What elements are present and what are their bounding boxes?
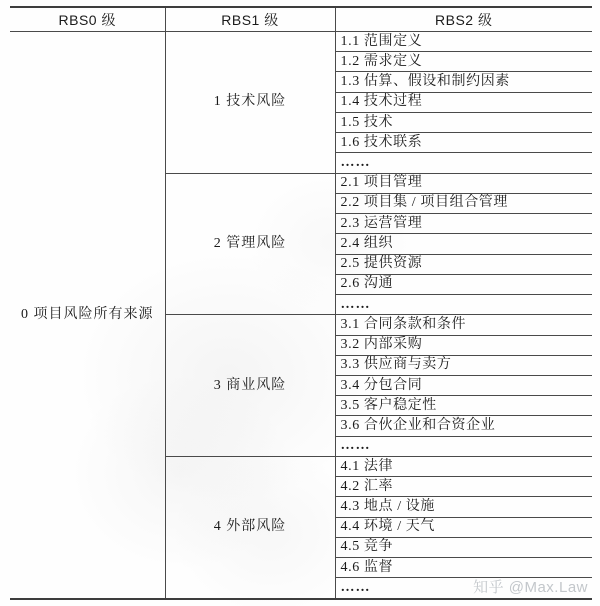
rbs2-item-cell: 3.3 供应商与卖方 (335, 355, 592, 375)
rbs2-item-cell: 2.6 沟通 (335, 274, 592, 294)
header-rbs2: RBS2 级 (335, 7, 592, 32)
rbs2-item-cell: 4.1 法律 (335, 456, 592, 476)
rbs1-group-external: 4 外部风险 (165, 456, 335, 599)
rbs1-group-commercial: 3 商业风险 (165, 315, 335, 457)
rbs2-item-cell: 3.2 内部采购 (335, 335, 592, 355)
header-row: RBS0 级 RBS1 级 RBS2 级 (10, 7, 592, 32)
rbs0-cell: 0 项目风险所有来源 (10, 32, 165, 600)
rbs-table: RBS0 级 RBS1 级 RBS2 级 0 项目风险所有来源 1 技术风险 1… (10, 6, 592, 600)
scanned-page: RBS0 级 RBS1 级 RBS2 级 0 项目风险所有来源 1 技术风险 1… (0, 0, 600, 606)
rbs2-item-cell: 1.4 技术过程 (335, 92, 592, 112)
table-row: 0 项目风险所有来源 1 技术风险 1.1 范围定义 (10, 32, 592, 52)
rbs2-item-cell: 2.3 运营管理 (335, 214, 592, 234)
rbs2-item-cell: 2.2 项目集 / 项目组合管理 (335, 193, 592, 213)
rbs2-item-cell: 4.5 竞争 (335, 537, 592, 557)
rbs2-item-cell: 3.4 分包合同 (335, 375, 592, 395)
rbs2-item-cell: 3.1 合同条款和条件 (335, 315, 592, 335)
rbs2-item-cell: 1.5 技术 (335, 112, 592, 132)
rbs2-item-cell: 1.6 技术联系 (335, 133, 592, 153)
rbs2-item-cell: 4.6 监督 (335, 558, 592, 578)
rbs2-item-cell: 3.6 合伙企业和合资企业 (335, 416, 592, 436)
rbs2-item-cell: 2.1 项目管理 (335, 173, 592, 193)
rbs2-item-cell: 4.3 地点 / 设施 (335, 497, 592, 517)
rbs2-item-cell: 2.4 组织 (335, 234, 592, 254)
rbs2-item-cell: 2.5 提供资源 (335, 254, 592, 274)
rbs2-ellipsis-cell: …… (335, 436, 592, 456)
rbs2-item-cell: 4.4 环境 / 天气 (335, 517, 592, 537)
rbs2-ellipsis-cell: …… (335, 153, 592, 173)
rbs2-item-cell: 1.3 估算、假设和制约因素 (335, 72, 592, 92)
rbs1-group-management: 2 管理风险 (165, 173, 335, 315)
rbs2-item-cell: 1.1 范围定义 (335, 32, 592, 52)
rbs2-ellipsis-cell: …… (335, 295, 592, 315)
rbs2-item-cell: 3.5 客户稳定性 (335, 396, 592, 416)
header-rbs0: RBS0 级 (10, 7, 165, 32)
rbs2-ellipsis-cell: …… (335, 578, 592, 599)
rbs2-item-cell: 1.2 需求定义 (335, 52, 592, 72)
rbs2-item-cell: 4.2 汇率 (335, 477, 592, 497)
rbs1-group-technical: 1 技术风险 (165, 32, 335, 174)
header-rbs1: RBS1 级 (165, 7, 335, 32)
